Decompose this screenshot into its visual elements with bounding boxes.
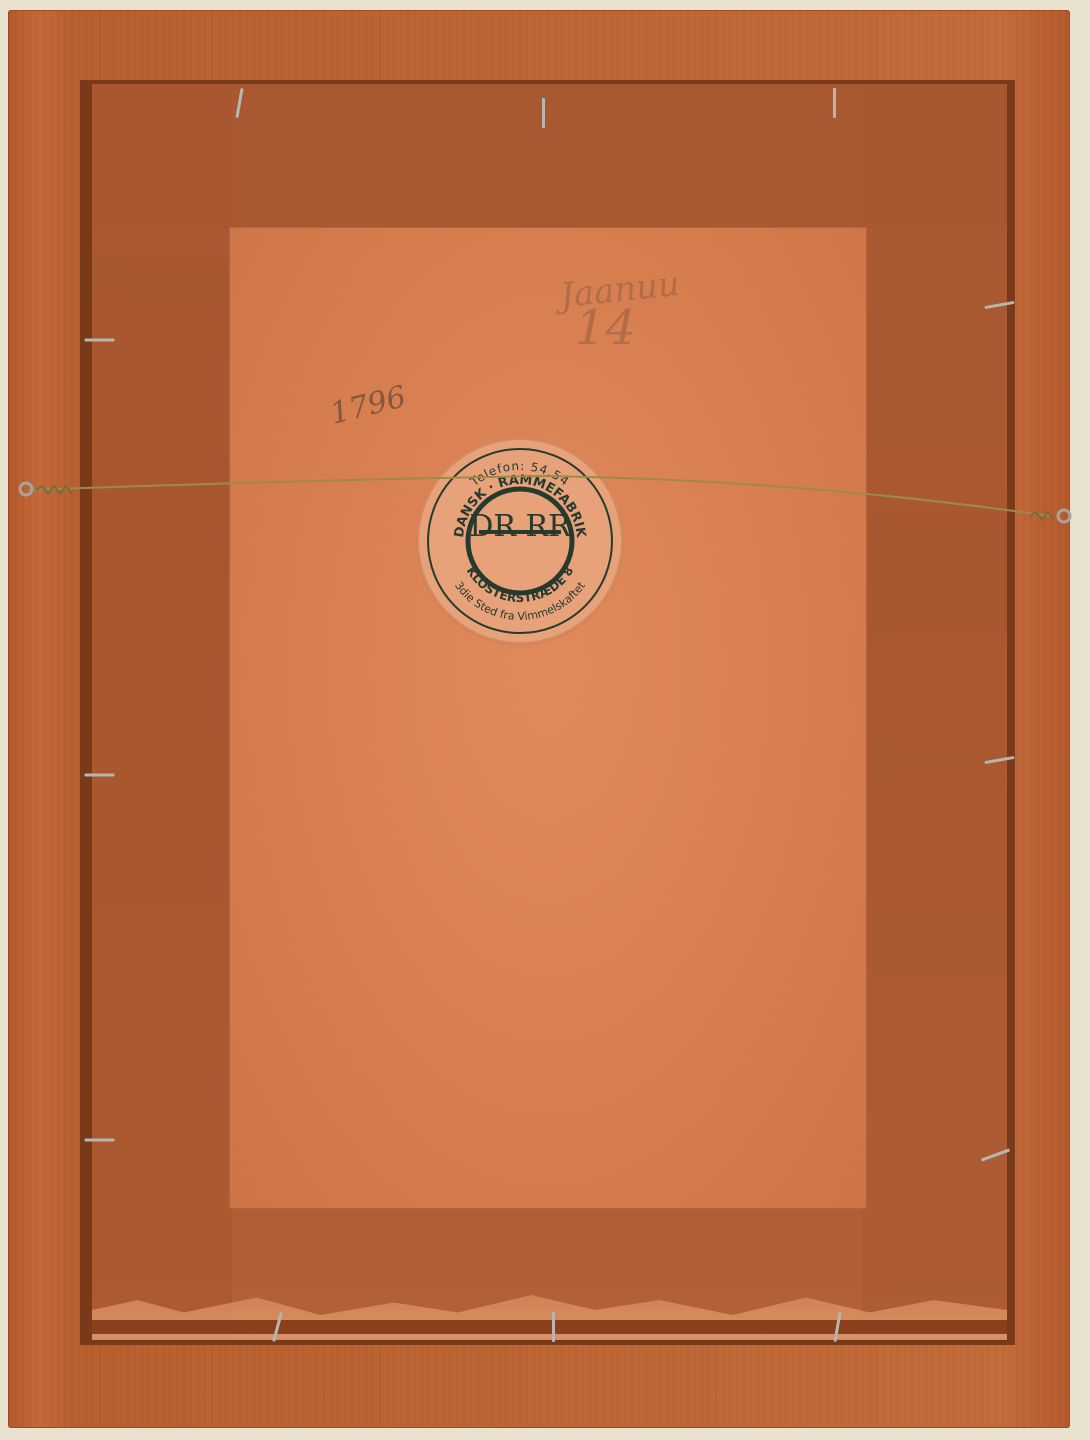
nail (85, 774, 115, 777)
pencil-number: 14 (575, 300, 636, 356)
paper-backing-sheet (230, 228, 866, 1208)
label-monogram: DR RR (469, 509, 572, 544)
nail (542, 98, 545, 128)
tape-left (92, 84, 232, 1339)
label-seal-icon: Telefon: 54.54 DANSK · RAMMEFABRIK KLOST… (419, 440, 621, 642)
nail (552, 1312, 555, 1342)
nail (833, 88, 836, 118)
framer-label: Telefon: 54.54 DANSK · RAMMEFABRIK KLOST… (419, 440, 621, 642)
bottom-rail (92, 1320, 1007, 1334)
tape-right (862, 84, 1007, 1339)
nail (85, 1139, 115, 1142)
nail (85, 339, 115, 342)
